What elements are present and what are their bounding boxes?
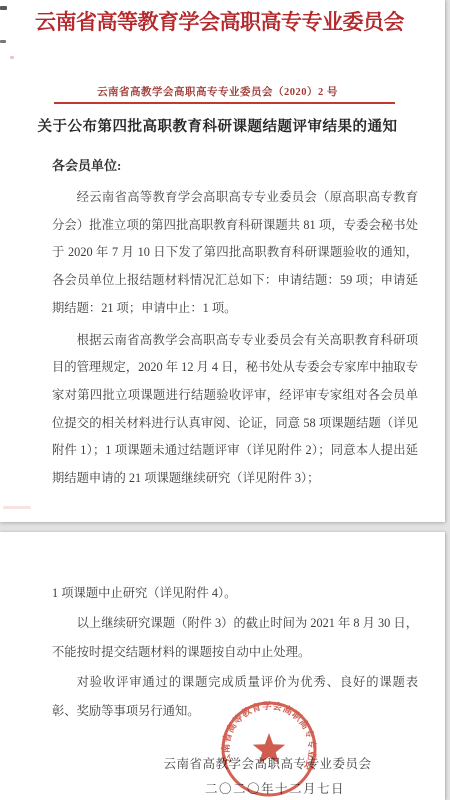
scanned-document-view: 云南省高等教育学会高职高专专业委员会 云南省高教学会高职高专专业委员会（2020… (0, 0, 450, 800)
subject-title: 关于公布第四批高职教育科研课题结题评审结果的通知 (0, 115, 435, 136)
scan-artifact (10, 56, 14, 59)
paragraph-2: 根据云南省高教学会高职高专专业委员会有关高职教育科研项目的管理规定，2020 年… (52, 327, 418, 493)
scan-artifact (0, 40, 6, 43)
document-number: 云南省高教学会高职高专专业委员会（2020）2 号 (0, 84, 435, 99)
paragraph-1: 经云南省高等教育学会高职高专专业委员会（原高职高专教育分会）批准立项的第四批高职… (52, 184, 418, 323)
scan-artifact (3, 506, 31, 509)
official-seal-stamp: 云南省高等教育学会高职高专专业委员会 (219, 699, 319, 799)
paragraph-4: 以上继续研究课题（附件 3）的截止时间为 2021 年 8 月 30 日，不能按… (52, 609, 418, 667)
salutation: 各会员单位: (52, 155, 121, 174)
letterhead-title: 云南省高等教育学会高职高专专业委员会 (0, 6, 439, 36)
page1-body: 经云南省高等教育学会高职高专专业委员会（原高职高专教育分会）批准立项的第四批高职… (52, 184, 418, 497)
document-page-2: 1 项课题中止研究（详见附件 4）。 以上继续研究课题（附件 3）的截止时间为 … (0, 532, 445, 800)
document-page-1: 云南省高等教育学会高职高专专业委员会 云南省高教学会高职高专专业委员会（2020… (0, 0, 445, 522)
red-divider-line (54, 102, 395, 104)
seal-star-icon (253, 733, 285, 764)
paragraph-3-continuation: 1 项课题中止研究（详见附件 4）。 (52, 579, 418, 608)
